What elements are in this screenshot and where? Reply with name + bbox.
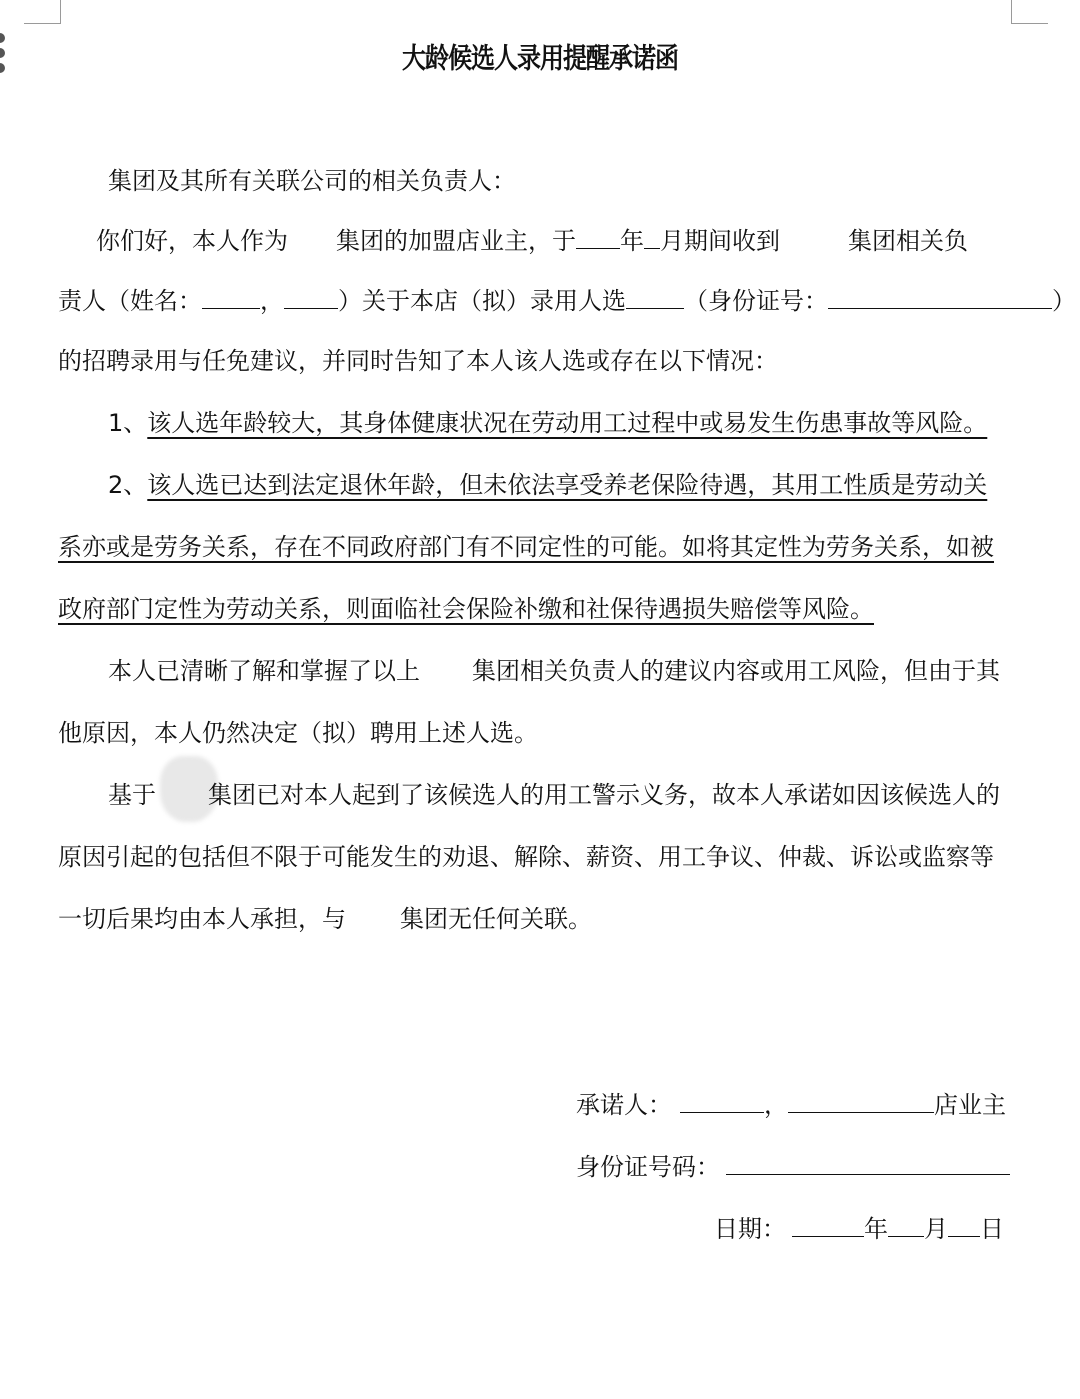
date-row: 日期：年月日 (714, 1214, 1004, 1244)
date-month-blank[interactable] (888, 1214, 924, 1237)
item-2-line1: 2、该人选已达到法定退休年龄，但未依法享受养老保险待遇，其用工性质是劳动关 (108, 470, 987, 500)
item-1: 1、该人选年龄较大，其身体健康状况在劳动用工过程中或易发生伤患事故等风险。 (108, 408, 987, 438)
candidate-name-blank[interactable] (626, 286, 684, 309)
id-number-blank[interactable] (726, 1152, 1010, 1175)
salutation: 集团及其所有关联公司的相关负责人： (108, 166, 516, 196)
para1-line1: 你们好，本人作为集团的加盟店业主，于年月期间收到集团相关负 (96, 226, 968, 256)
para2-line1: 本人已清晰了解和掌握了以上集团相关负责人的建议内容或用工风险，但由于其 (108, 656, 1000, 686)
para3-line2: 原因引起的包括但不限于可能发生的劝退、解除、薪资、用工争议、仲裁、诉讼或监察等 (58, 842, 994, 872)
promisor-name-blank[interactable] (680, 1090, 764, 1113)
date-day-blank[interactable] (948, 1214, 980, 1237)
year-blank[interactable] (576, 226, 620, 249)
candidate-id-blank[interactable] (828, 286, 1052, 309)
promisor-row: 承诺人：，店业主 (576, 1090, 1006, 1120)
para1-line2: 责人（姓名：，）关于本店（拟）录用人选（身份证号：） (58, 286, 1076, 316)
para3-line3: 一切后果均由本人承担，与集团无任何关联。 (58, 904, 592, 934)
contact-name-blank-1[interactable] (202, 286, 260, 309)
page-corner-mark-top-left (24, 0, 61, 24)
store-name-blank[interactable] (788, 1090, 934, 1113)
page-corner-mark-top-right (1011, 0, 1048, 24)
month-blank[interactable] (644, 226, 660, 249)
id-number-row: 身份证号码： (576, 1152, 1010, 1182)
para3-line1: 基于集团已对本人起到了该候选人的用工警示义务，故本人承诺如因该候选人的 (108, 780, 1000, 810)
item-2-line3: 政府部门定性为劳动关系，则面临社会保险补缴和社保待遇损失赔偿等风险。 (58, 594, 874, 624)
item-2-line2: 系亦或是劳务关系，存在不同政府部门有不同定性的可能。如将其定性为劳务关系，如被 (58, 532, 994, 562)
para2-line2: 他原因，本人仍然决定（拟）聘用上述人选。 (58, 718, 538, 748)
para1-line3: 的招聘录用与任免建议，并同时告知了本人该人选或存在以下情况： (58, 346, 778, 376)
date-year-blank[interactable] (792, 1214, 864, 1237)
contact-name-blank-2[interactable] (284, 286, 338, 309)
document-title: 大龄候选人录用提醒承诺函 (0, 35, 1080, 75)
